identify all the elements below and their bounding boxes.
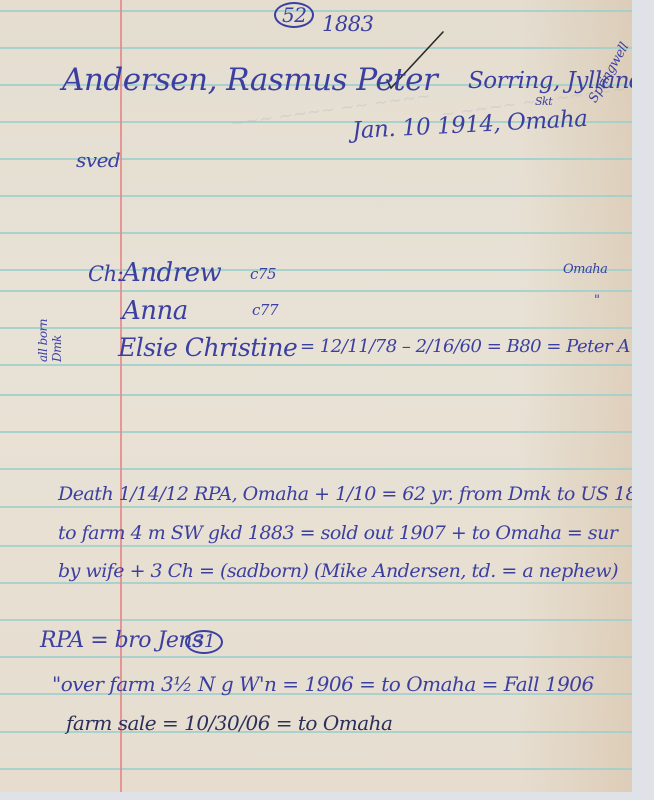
note-line: by wife + 3 Ch = (sadborn) (Mike Anderse… (58, 560, 618, 582)
rule-line (0, 394, 632, 396)
children-prefix: Ch: (88, 262, 123, 286)
page-number: 52 (274, 2, 314, 28)
rule-line (0, 506, 632, 508)
rule-line (0, 364, 632, 366)
note-line: Death 1/14/12 RPA, Omaha + 1/10 = 62 yr.… (58, 483, 632, 505)
rule-line (0, 47, 632, 49)
brother-ref-number: 31 (185, 630, 223, 654)
rule-line (0, 619, 632, 621)
rule-line (0, 10, 632, 12)
rule-line (0, 582, 632, 584)
child-residence: " (594, 293, 599, 308)
rule-line (0, 327, 632, 329)
brother-note-line: farm sale = 10/30/06 = to Omaha (66, 711, 392, 735)
birthplace-note: Skt (535, 95, 552, 108)
rule-line (0, 656, 632, 658)
child-name: Elsie Christine (118, 333, 297, 362)
rule-line (0, 195, 632, 197)
person-name: Andersen, Rasmus Peter (62, 62, 437, 98)
child-residence: Omaha (563, 262, 607, 277)
rule-line (0, 431, 632, 433)
child-name: Anna (122, 296, 188, 326)
year-header: 1883 (322, 12, 373, 36)
brother-label: RPA = bro Jens (40, 628, 203, 653)
rule-line (0, 468, 632, 470)
child-name: Andrew (122, 258, 221, 288)
spouse-label: sved (76, 148, 120, 172)
child-birth: c77 (252, 301, 278, 319)
rule-line (0, 232, 632, 234)
children-side-note: all born Dmk (36, 302, 64, 362)
rule-line (0, 290, 632, 292)
rule-line (0, 768, 632, 770)
rule-line (0, 545, 632, 547)
notebook-page: ~ ~~~~ ~~ ~~~~~ ~~~ ~~~~ ~~ ~~~~ 52 1883… (0, 0, 632, 792)
note-line: to farm 4 m SW gkd 1883 = sold out 1907 … (58, 522, 617, 544)
child-details: = 12/11/78 – 2/16/60 = B80 = Peter A Pet… (300, 336, 632, 357)
child-birth: c75 (250, 265, 276, 283)
brother-note-line: "over farm 3½ N g W'n = 1906 = to Omaha … (52, 672, 594, 696)
